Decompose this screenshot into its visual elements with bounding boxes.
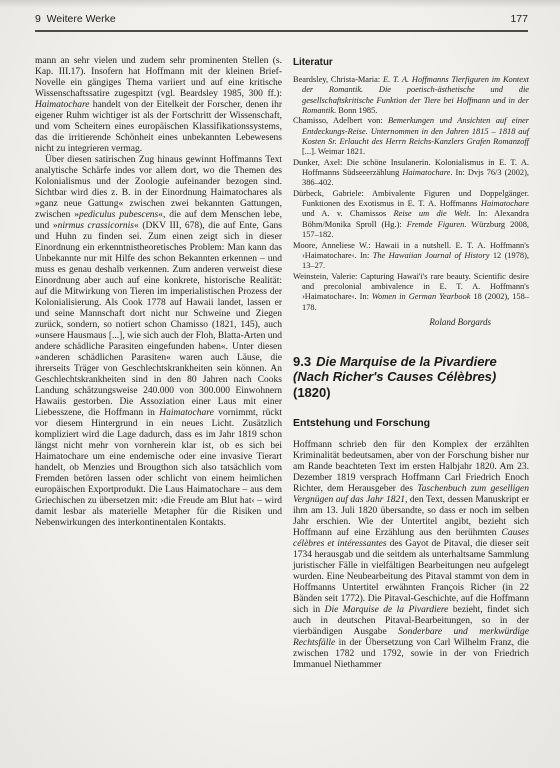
bibliography-entry: Dunker, Axel: Die schöne Insulanerin. Ko… xyxy=(293,158,529,189)
subsection-heading: Entstehung und Forschung xyxy=(293,417,529,429)
section-title-line2: (Nach Richer's Causes Célèbres) xyxy=(293,369,496,384)
author-signature: Roland Borgards xyxy=(293,317,529,327)
section-heading: 9.3Die Marquise de la Pivardiere (Nach R… xyxy=(293,354,529,401)
section-heading-line1: 9.3Die Marquise de la Pivardiere xyxy=(293,354,529,370)
bibliography-entry: Moore, Anneliese W.: Hawaii in a nutshel… xyxy=(293,241,529,272)
bibliography-entry: Weinstein, Valerie: Capturing Hawai'i's … xyxy=(293,272,529,313)
section-title-line1: Die Marquise de la Pivardiere xyxy=(316,354,497,369)
bibliography-entry: Dürbeck, Gabriele: Ambivalente Figuren u… xyxy=(293,189,529,241)
section-year: (1820) xyxy=(293,385,331,400)
page-number: 177 xyxy=(510,13,528,25)
paragraph: Über diesen satirischen Zug hinaus gewin… xyxy=(35,155,282,529)
left-column: mann an sehr vielen und zudem sehr promi… xyxy=(35,56,282,529)
book-page: 9 Weitere Werke 177 mann an sehr vielen … xyxy=(0,0,560,768)
section-paragraph: Hoffmann schrieb den für den Komplex der… xyxy=(293,440,529,671)
running-header: 9 Weitere Werke 177 xyxy=(35,13,528,25)
section-heading-line2: (Nach Richer's Causes Célèbres) (1820) xyxy=(293,369,529,400)
right-column: Literatur Beardsley, Christa-Maria: E. T… xyxy=(293,56,529,671)
bibliography-entry: Chamisso, Adelbert von: Bemerkungen und … xyxy=(293,116,529,157)
bibliography-list: Beardsley, Christa-Maria: E. T. A. Hoffm… xyxy=(293,75,529,313)
running-header-section: 9 Weitere Werke xyxy=(35,13,116,25)
literatur-heading: Literatur xyxy=(293,57,529,68)
header-rule xyxy=(35,30,528,32)
paragraph: mann an sehr vielen und zudem sehr promi… xyxy=(35,56,282,155)
section-number: 9.3 xyxy=(293,354,316,369)
bibliography-entry: Beardsley, Christa-Maria: E. T. A. Hoffm… xyxy=(293,75,529,116)
